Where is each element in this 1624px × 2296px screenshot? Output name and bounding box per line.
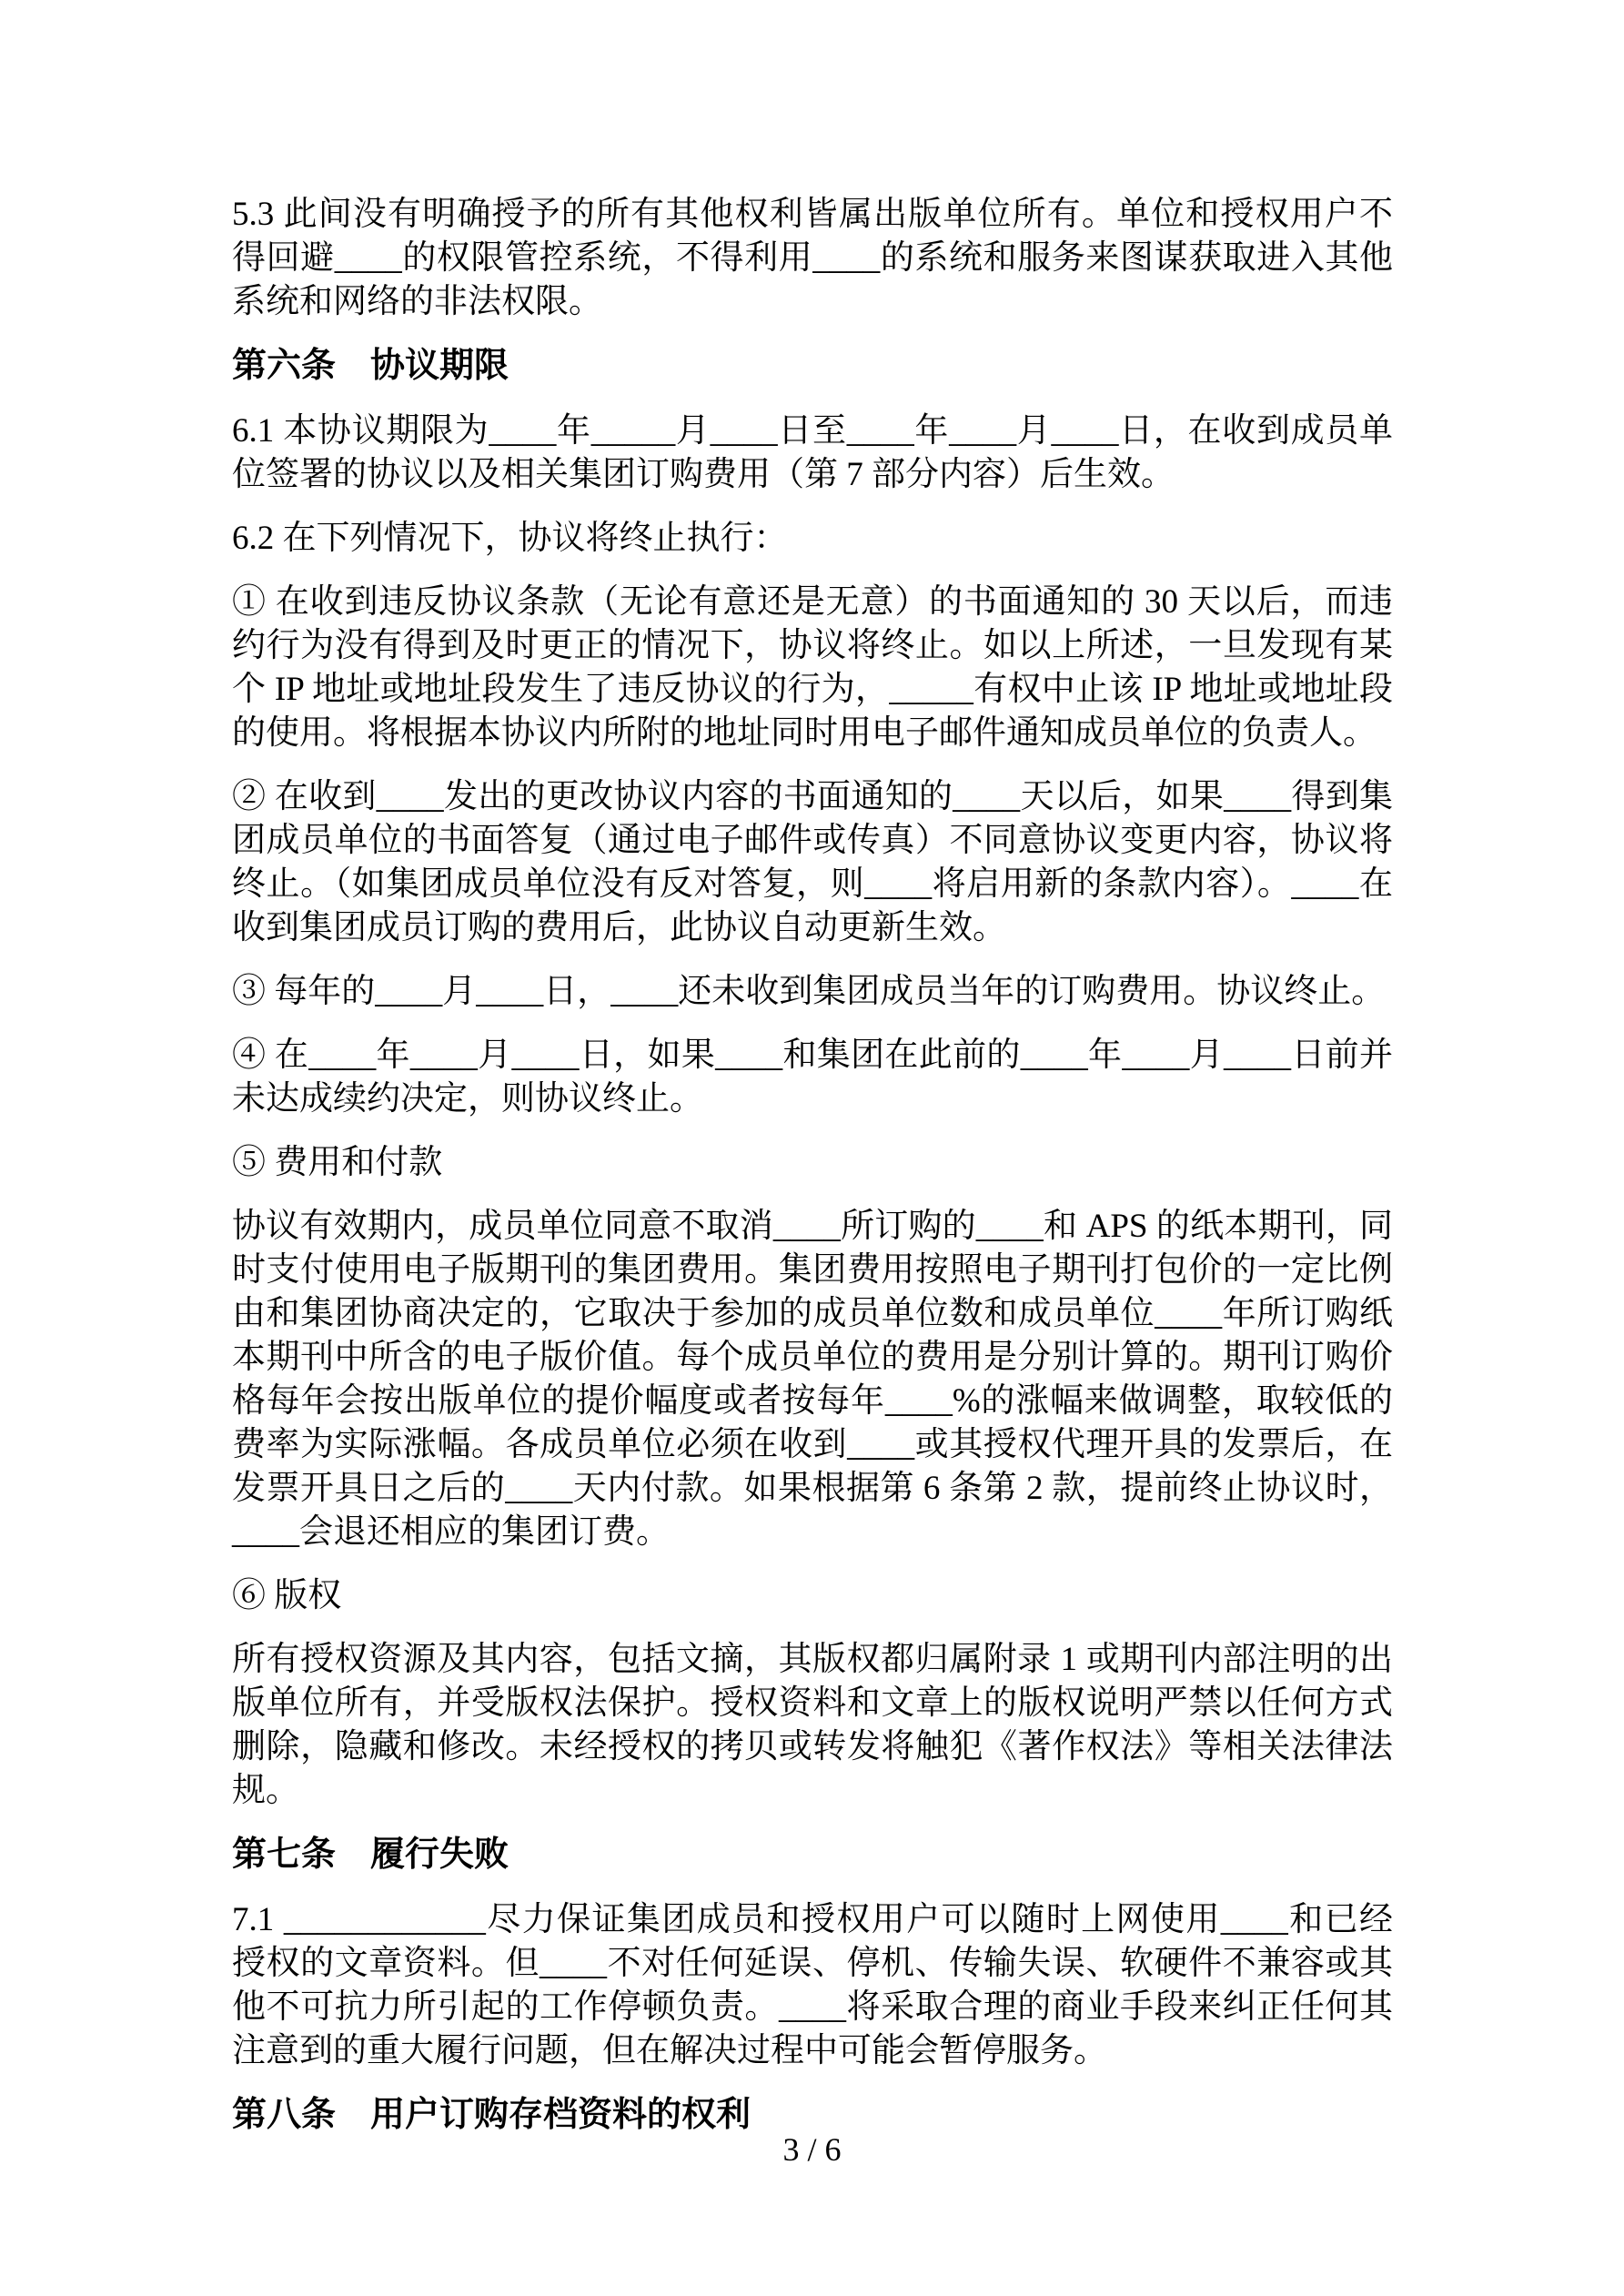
page-number: 3 / 6 (0, 2128, 1624, 2171)
clause-6-2-item-1: ① 在收到违反协议条款（无论有意还是无意）的书面通知的 30 天以后，而违约行为… (232, 581, 1393, 755)
clause-6-2-item-3: ③ 每年的____月____日，____还未收到集团成员当年的订购费用。协议终止… (232, 970, 1393, 1014)
clause-7-1: 7.1 ____________尽力保证集团成员和授权用户可以随时上网使用___… (232, 1898, 1393, 2073)
clause-5-3: 5.3 此间没有明确授予的所有其他权利皆属出版单位所有。单位和授权用户不得回避_… (232, 193, 1393, 324)
clause-6-2-item-5-title: ⑤ 费用和付款 (232, 1141, 1393, 1185)
clause-6-1: 6.1 本协议期限为____年_____月____日至____年____月___… (232, 410, 1393, 497)
clause-6-2-item-5-body: 协议有效期内，成员单位同意不取消____所订购的____和 APS 的纸本期刊，… (232, 1205, 1393, 1554)
heading-article-6: 第六条 协议期限 (232, 344, 1393, 388)
clause-6-2-item-6-title: ⑥ 版权 (232, 1574, 1393, 1618)
clause-6-2: 6.2 在下列情况下，协议将终止执行： (232, 517, 1393, 561)
heading-article-7: 第七条 履行失败 (232, 1833, 1393, 1876)
clause-6-2-item-6-body: 所有授权资源及其内容，包括文摘，其版权都归属附录 1 或期刊内部注明的出版单位所… (232, 1638, 1393, 1813)
clause-6-2-item-2: ② 在收到____发出的更改协议内容的书面通知的____天以后，如果____得到… (232, 775, 1393, 950)
document-body: 5.3 此间没有明确授予的所有其他权利皆属出版单位所有。单位和授权用户不得回避_… (232, 193, 1393, 2159)
clause-6-2-item-4: ④ 在____年____月____日，如果____和集团在此前的____年___… (232, 1034, 1393, 1121)
document-page: 5.3 此间没有明确授予的所有其他权利皆属出版单位所有。单位和授权用户不得回避_… (0, 0, 1624, 2296)
